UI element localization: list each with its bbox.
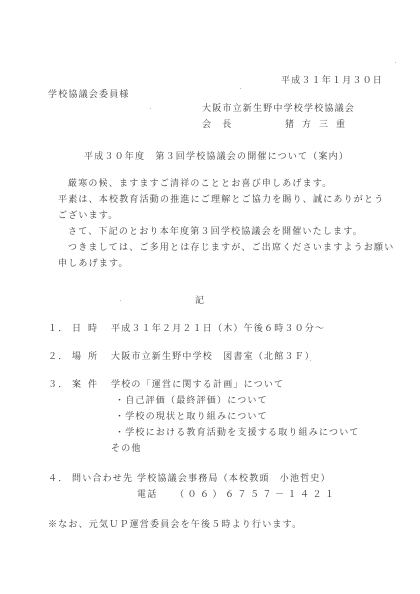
item-value-agenda: 学校の「運営に関する計画」について [111, 377, 284, 390]
phone-label: 電話 [137, 487, 157, 500]
agenda-subitem: ・学校の現状と取り組みについて [115, 409, 268, 422]
item-number: １． [48, 321, 68, 334]
item-number: ２． [48, 349, 68, 362]
item-number: ４． [48, 471, 68, 484]
ki-heading: 記 [195, 293, 205, 306]
item-number: ３． [48, 377, 68, 390]
item-value-location: 大阪市立新生野中学校 図書室（北館３Ｆ） [111, 349, 315, 362]
item-value-datetime: 平成３１年２月２１日（木）午後６時３０分～ [111, 321, 325, 334]
body-paragraph: さて、下記のとおり本年度第３回学校協議会を開催いたします。 [68, 224, 363, 237]
item-label: 日時 [72, 321, 104, 334]
document-page: 平成３１年１月３０日 学校協議会委員様 大阪市立新生野中学校学校協議会 会 長 … [0, 0, 420, 594]
sender-role: 会 長 [202, 117, 233, 130]
sender-name: 猪方三重 [285, 117, 353, 130]
scan-speck [395, 62, 396, 63]
agenda-other: その他 [111, 441, 142, 454]
item-value-contact: 学校協議会事務局（本校教頭 小池哲史） [137, 471, 331, 484]
body-paragraph: 平素は、本校教育活動の推進にご理解とご協力を賜り、誠にありがとう [58, 192, 384, 205]
body-paragraph: 申しあげます。 [58, 256, 129, 269]
scan-speck [120, 300, 121, 301]
scan-speck [310, 360, 311, 361]
phone-number: （０６）６７５７－１４２１ [175, 487, 338, 500]
addressee: 学校協議会委員様 [48, 87, 130, 100]
footnote: ※なお、元気ＵＰ運営委員会を午後５時より行います。 [48, 517, 302, 530]
scan-speck [150, 108, 151, 109]
item-label: 問い合わせ先 [72, 471, 133, 484]
body-paragraph: ございます。 [58, 208, 118, 221]
agenda-subitem: ・自己評価（最終評価）について [115, 393, 268, 406]
body-paragraph: つきましては、ご多用とは存じますが、ご出席くださいますようお願い [68, 240, 394, 253]
sender-organization: 大阪市立新生野中学校学校協議会 [202, 101, 355, 114]
body-paragraph: 厳寒の候、ますますご清祥のこととお喜び申しあげます。 [68, 176, 332, 189]
document-title: 平成３０年度 第３回学校協議会の開催について（案内） [84, 149, 349, 162]
item-label: 案件 [72, 377, 104, 390]
document-date: 平成３１年１月３０日 [281, 73, 383, 86]
scan-speck [240, 88, 241, 89]
item-label: 場所 [72, 349, 104, 362]
agenda-subitem: ・学校における教育活動を支援する取り組みについて [115, 425, 360, 438]
